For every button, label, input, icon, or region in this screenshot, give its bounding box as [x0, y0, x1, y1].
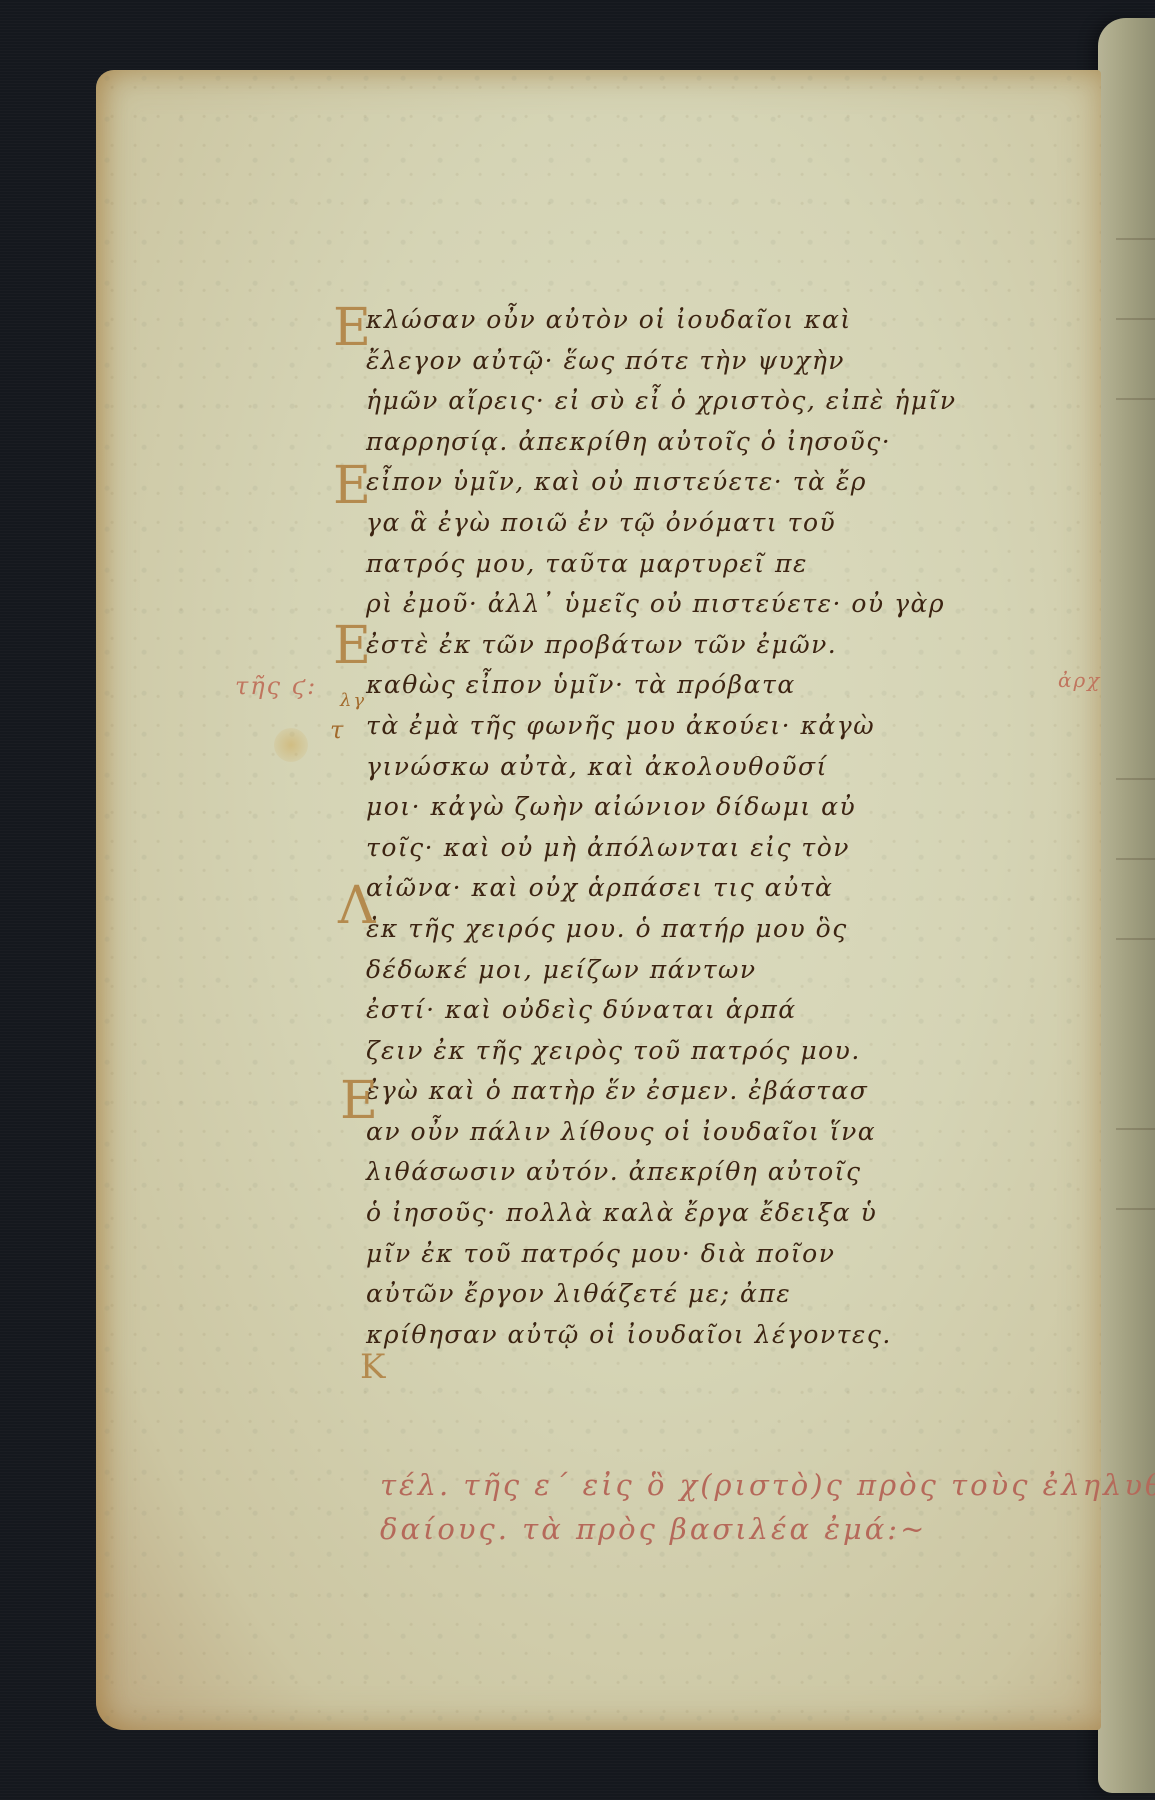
decorated-initial: Λ	[338, 880, 376, 932]
show-through-line	[1116, 398, 1155, 400]
show-through-line	[1116, 938, 1155, 940]
decorated-initial: Ε	[333, 460, 371, 512]
show-through-line	[1116, 238, 1155, 240]
text-line: παρρησίᾳ. ἀπεκρίθη αὐτοῖς ὁ ἰησοῦς·	[366, 422, 1086, 463]
margin-number: λγ	[340, 690, 366, 711]
text-line: ἐστὲ ἐκ τῶν προβάτων τῶν ἐμῶν.	[366, 625, 1086, 666]
show-through-line	[1116, 778, 1155, 780]
margin-letter: τ	[330, 716, 345, 744]
main-text-column: κλώσαν οὖν αὐτὸν οἱ ἰουδαῖοι καὶ ἔλεγον …	[366, 300, 1086, 1355]
text-line: λιθάσωσιν αὐτόν. ἀπεκρίθη αὐτοῖς	[366, 1152, 1086, 1193]
text-line: καθὼς εἶπον ὑμῖν· τὰ πρόβατα	[366, 665, 1086, 706]
text-line: αὐτῶν ἔργον λιθάζετέ με; ἀπε	[366, 1274, 1086, 1315]
text-line: ζειν ἐκ τῆς χειρὸς τοῦ πατρός μου.	[366, 1031, 1086, 1072]
text-line: τοῖς· καὶ οὐ μὴ ἀπόλωνται εἰς τὸν	[366, 828, 1086, 869]
text-line: μοι· κἀγὼ ζωὴν αἰώνιον δίδωμι αὐ	[366, 787, 1086, 828]
text-line: εἶπον ὑμῖν, καὶ οὐ πιστεύετε· τὰ ἔρ	[366, 462, 1086, 503]
show-through-line	[1116, 1128, 1155, 1130]
text-line: αν οὖν πάλιν λίθους οἱ ἰουδαῖοι ἵνα	[366, 1112, 1086, 1153]
text-line: κλώσαν οὖν αὐτὸν οἱ ἰουδαῖοι καὶ	[366, 300, 1086, 341]
margin-rubric-left: τῆς ϛ:	[235, 672, 317, 700]
text-line: τὰ ἐμὰ τῆς φωνῆς μου ἀκούει· κἀγὼ	[366, 706, 1086, 747]
text-line: γινώσκω αὐτὰ, καὶ ἀκολουθοῦσί	[366, 747, 1086, 788]
decorated-initial: Ε	[340, 1075, 378, 1127]
text-line: ἐγὼ καὶ ὁ πατὴρ ἕν ἐσμεν. ἐβάστασ	[366, 1071, 1086, 1112]
text-line: ἔλεγον αὐτῷ· ἕως πότε τὴν ψυχὴν	[366, 341, 1086, 382]
text-line: αἰῶνα· καὶ οὐχ ἁρπάσει τις αὐτὰ	[366, 868, 1086, 909]
text-line: δέδωκέ μοι, μείζων πάντων	[366, 950, 1086, 991]
text-line: ἐστί· καὶ οὐδεὶς δύναται ἁρπά	[366, 990, 1086, 1031]
show-through-line	[1116, 858, 1155, 860]
text-line: πατρός μου, ταῦτα μαρτυρεῖ πε	[366, 544, 1086, 585]
ink-stain	[274, 728, 308, 762]
show-through-line	[1116, 1208, 1155, 1210]
show-through-line	[1116, 318, 1155, 320]
text-line: κρίθησαν αὐτῷ οἱ ἰουδαῖοι λέγοντες.	[366, 1315, 1086, 1356]
text-line: μῖν ἐκ τοῦ πατρός μου· διὰ ποῖον	[366, 1234, 1086, 1275]
next-leaf-edge	[1098, 18, 1155, 1793]
text-line: ἐκ τῆς χειρός μου. ὁ πατήρ μου ὃς	[366, 909, 1086, 950]
closing-rubric-line: τέλ. τῆς ε΄ εἰς ὃ χ(ριστὸ)ς πρὸς τοὺς ἐλ…	[380, 1468, 1100, 1502]
decorated-initial: Ε	[333, 620, 371, 672]
text-line: ρὶ ἐμοῦ· ἀλλ᾽ ὑμεῖς οὐ πιστεύετε· οὐ γὰρ	[366, 584, 1086, 625]
closing-rubric-line: δαίους. τὰ πρὸς βασιλέα ἐμά:~	[380, 1512, 1100, 1546]
decorated-initial: Κ	[360, 1350, 385, 1384]
text-line: ὁ ἰησοῦς· πολλὰ καλὰ ἔργα ἔδειξα ὑ	[366, 1193, 1086, 1234]
text-line: ἡμῶν αἴρεις· εἰ σὺ εἶ ὁ χριστὸς, εἰπὲ ἡμ…	[366, 381, 1086, 422]
text-line: γα ἃ ἐγὼ ποιῶ ἐν τῷ ὀνόματι τοῦ	[366, 503, 1086, 544]
decorated-initial: Ε	[333, 302, 371, 354]
